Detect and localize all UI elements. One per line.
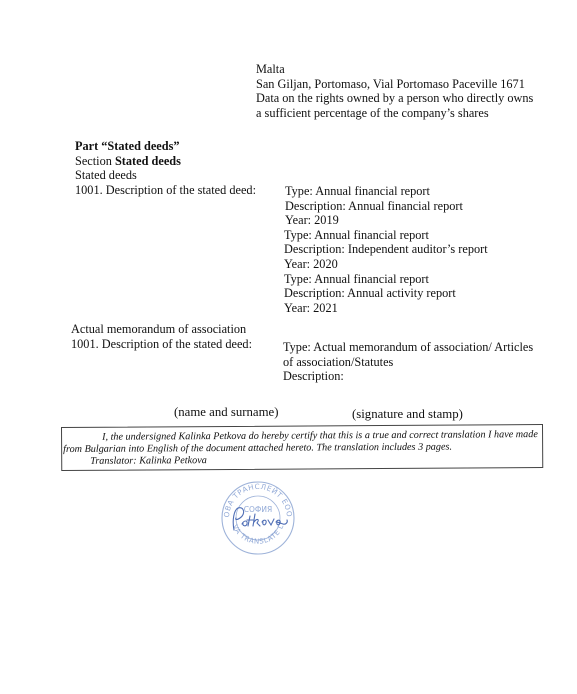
company-address-block: Malta San Giljan, Portomaso, Vial Portom…	[256, 62, 533, 120]
deed-type: Type: Annual financial report	[284, 272, 488, 287]
deed-description: Description: Annual activity report	[284, 286, 488, 301]
memorandum-type-line2: of association/Statutes	[283, 355, 533, 370]
deed-year: Year: 2019	[285, 213, 488, 228]
translator-name: Translator: Kalinka Petkova	[62, 453, 542, 468]
deed-type: Type: Annual financial report	[285, 184, 488, 199]
deed-entry: Type: Annual financial report Descriptio…	[285, 184, 488, 228]
translation-agency-stamp-icon: НОВА ТРАНСЛЕЙТ ЕООД NOVA TRANSLATE Ltd. …	[220, 480, 296, 556]
memorandum-description: Description:	[283, 369, 533, 384]
deed-year: Year: 2020	[284, 257, 488, 272]
name-and-surname-label: (name and surname)	[174, 405, 278, 420]
deed-year: Year: 2021	[284, 301, 488, 316]
country-text: Malta	[256, 62, 533, 77]
deed-description: Description: Annual financial report	[285, 199, 488, 214]
part-stated-deeds: Part “Stated deeds” Section Stated deeds…	[75, 139, 256, 197]
memorandum-values: Type: Actual memorandum of association/ …	[283, 340, 533, 384]
section-prefix: Section	[75, 154, 115, 168]
deed-description: Description: Independent auditor’s repor…	[284, 242, 488, 257]
subheading: Stated deeds	[75, 168, 256, 183]
section-heading: Section Stated deeds	[75, 154, 256, 169]
memorandum-type-line1: Type: Actual memorandum of association/ …	[283, 340, 533, 355]
deed-entry: Type: Annual financial report Descriptio…	[284, 228, 488, 272]
memorandum-field-label: 1001. Description of the stated deed:	[71, 337, 252, 352]
address-text: San Giljan, Portomaso, Vial Portomaso Pa…	[256, 77, 533, 92]
memorandum-heading: Actual memorandum of association	[71, 322, 252, 337]
deed-type: Type: Annual financial report	[284, 228, 488, 243]
signature-and-stamp-label: (signature and stamp)	[352, 407, 463, 422]
field-label: 1001. Description of the stated deed:	[75, 183, 256, 198]
memorandum-labels: Actual memorandum of association 1001. D…	[71, 322, 252, 351]
stamp-center-text: СОФИЯ	[244, 505, 272, 514]
rights-description-line2: a sufficient percentage of the company’s…	[256, 106, 533, 121]
deed-entry: Type: Annual financial report Descriptio…	[284, 272, 488, 316]
stated-deeds-list: Type: Annual financial report Descriptio…	[285, 184, 488, 315]
part-title: Part “Stated deeds”	[75, 139, 256, 154]
translator-certification-box: I, the undersigned Kalinka Petkova do he…	[61, 424, 543, 471]
section-name: Stated deeds	[115, 154, 181, 168]
rights-description-line1: Data on the rights owned by a person who…	[256, 91, 533, 106]
